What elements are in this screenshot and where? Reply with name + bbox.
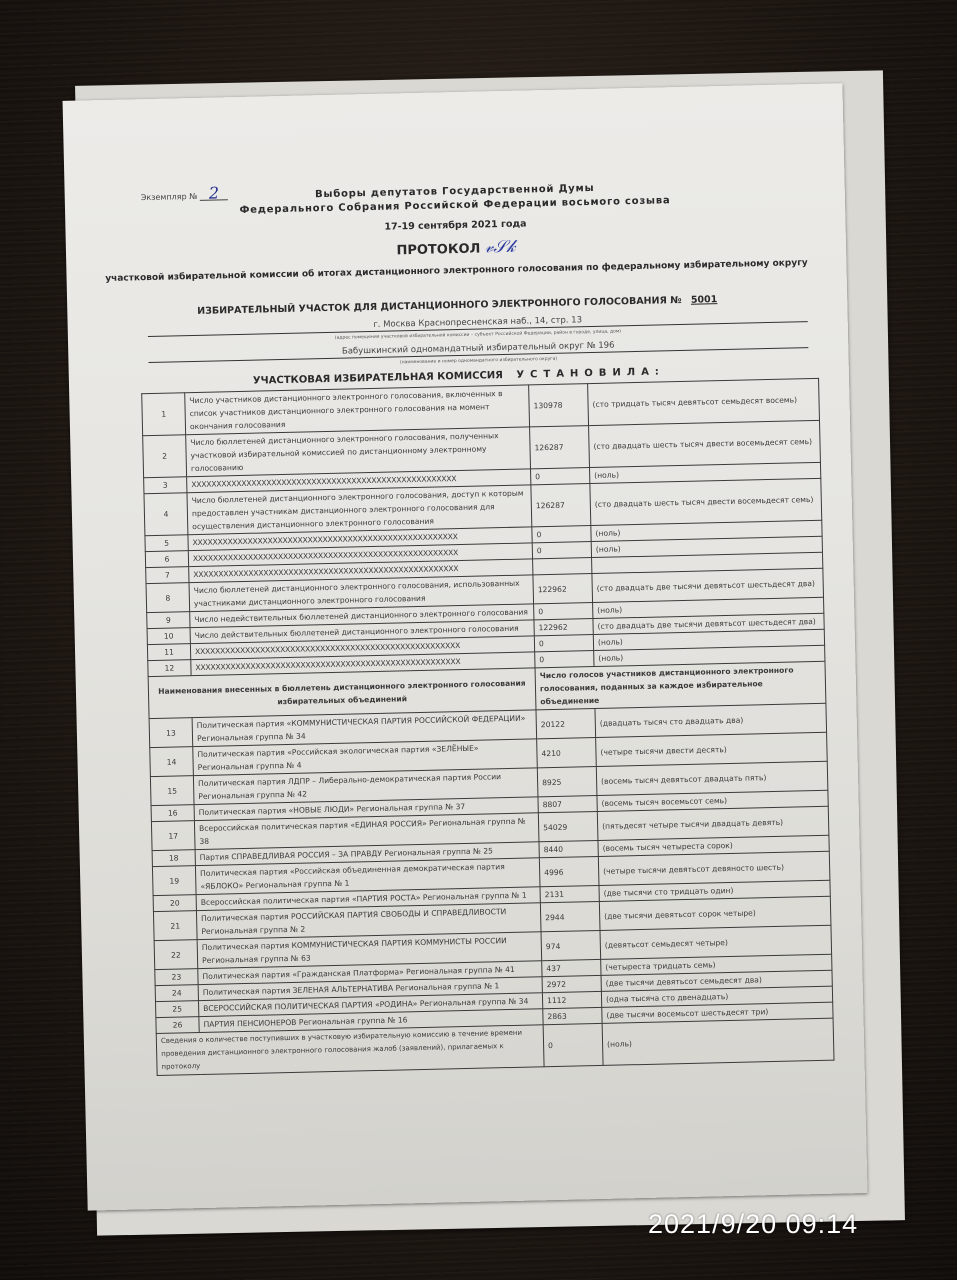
party-votes: 974 — [541, 930, 601, 960]
row-value: 0 — [532, 542, 591, 559]
row-number: 1 — [142, 393, 186, 436]
row-value: 130978 — [529, 384, 589, 427]
complaints-value-words: (ноль) — [602, 1018, 834, 1065]
signature-mark-icon: 𝓋𝒮𝓀 — [485, 237, 516, 258]
party-votes: 1112 — [542, 991, 601, 1008]
party-votes: 2131 — [540, 885, 599, 902]
protocol-document: Экземпляр № 2 Выборы депутатов Государст… — [63, 83, 868, 1210]
complaints-text: Сведения о количестве поступивших в учас… — [156, 1025, 544, 1076]
party-row-number: 22 — [154, 940, 198, 970]
party-row-number: 24 — [155, 985, 198, 1002]
party-votes: 2972 — [542, 975, 601, 992]
party-votes: 8807 — [538, 795, 597, 812]
row-number: 4 — [144, 493, 188, 536]
row-value: 122962 — [533, 574, 593, 604]
row-number: 12 — [148, 660, 191, 677]
row-number: 9 — [147, 612, 190, 629]
party-votes: 4210 — [537, 738, 597, 768]
row-number: 5 — [145, 535, 188, 552]
party-row-number: 26 — [156, 1017, 199, 1034]
established-word: УСТАНОВИЛА: — [516, 366, 665, 380]
party-row-number: 17 — [151, 821, 195, 851]
party-votes: 4996 — [539, 856, 599, 886]
established-prefix: УЧАСТКОВАЯ ИЗБИРАТЕЛЬНАЯ КОМИССИЯ — [253, 370, 503, 387]
party-row-number: 21 — [153, 911, 197, 941]
party-votes: 2944 — [540, 901, 600, 931]
party-row-number: 19 — [152, 866, 196, 896]
party-votes: 8925 — [537, 766, 597, 796]
row-number: 3 — [144, 477, 187, 494]
party-row-number: 15 — [150, 776, 194, 806]
row-value — [533, 558, 592, 575]
protocol-title: ПРОТОКОЛ — [396, 241, 480, 258]
precinct-number: 5001 — [691, 294, 718, 306]
party-row-number: 18 — [152, 850, 195, 867]
row-number: 7 — [146, 567, 189, 584]
row-value-words: (сто двадцать шесть тысяч двести восемьд… — [589, 420, 821, 467]
party-votes: 8440 — [539, 840, 598, 857]
row-number: 11 — [147, 644, 190, 661]
party-votes: 20122 — [536, 709, 596, 739]
party-row-number: 16 — [151, 805, 194, 822]
parties-header-right: Число голосов участников дистанционного … — [535, 661, 826, 710]
row-value-words: (сто тридцать тысяч девятьсот семьдесят … — [588, 378, 820, 425]
party-votes: 2863 — [543, 1007, 602, 1024]
row-number: 2 — [143, 435, 187, 478]
row-value: 126287 — [531, 484, 591, 527]
photo-timestamp: 2021/9/20 09:14 — [648, 1209, 858, 1240]
row-value-words: (сто двадцать шесть тысяч двести восемьд… — [590, 478, 822, 525]
row-value: 122962 — [534, 619, 593, 636]
party-row-number: 25 — [156, 1001, 199, 1018]
protocol-table: 1Число участников дистанционного электро… — [141, 378, 834, 1076]
party-row-number: 23 — [155, 969, 198, 986]
row-value: 0 — [535, 651, 594, 668]
row-number: 6 — [145, 551, 188, 568]
row-value: 126287 — [530, 426, 590, 469]
party-row-number: 13 — [149, 718, 193, 748]
party-votes: 54029 — [538, 811, 598, 841]
row-number: 10 — [147, 628, 190, 645]
row-value: 0 — [534, 635, 593, 652]
party-row-number: 14 — [150, 747, 194, 777]
row-value: 0 — [531, 468, 590, 485]
party-row-number: 20 — [153, 895, 196, 912]
row-number: 8 — [146, 583, 190, 613]
complaints-value: 0 — [543, 1023, 603, 1066]
party-votes: 437 — [542, 959, 601, 976]
row-value: 0 — [532, 526, 591, 543]
row-value: 0 — [534, 603, 593, 620]
